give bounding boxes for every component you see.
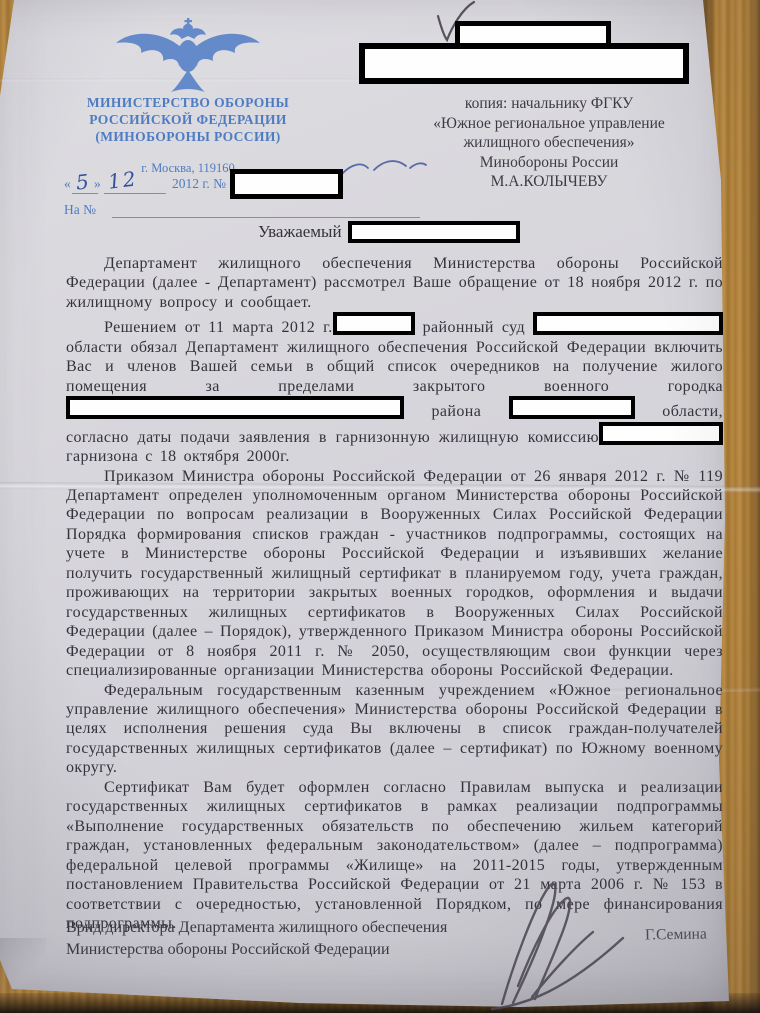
- paragraph: Приказом Министра обороны Российской Фед…: [66, 467, 723, 681]
- redaction-bar: [533, 312, 723, 335]
- recipient-line: М.А.КОЛЫЧЕВУ: [386, 172, 712, 192]
- double-headed-eagle-icon: [113, 18, 263, 94]
- signer-title-line2: Министерства обороны Российской Федераци…: [66, 939, 447, 961]
- reply-ref-label: На №: [64, 202, 96, 217]
- handwritten-month: 12: [107, 166, 139, 193]
- letter-content: МИНИСТЕРСТВО ОБОРОНЫ РОССИЙСКОЙ ФЕДЕРАЦИ…: [0, 0, 760, 1013]
- recipient-line: жилищного обеспечения»: [386, 133, 712, 153]
- org-name-line3: (МИНОБОРОНЫ РОССИИ): [56, 128, 320, 145]
- recipient-line: копия: начальнику ФГКУ: [386, 94, 712, 114]
- letterhead: МИНИСТЕРСТВО ОБОРОНЫ РОССИЙСКОЙ ФЕДЕРАЦИ…: [56, 18, 320, 176]
- redaction-bar: [333, 312, 415, 335]
- reply-ref-line: На №: [64, 202, 444, 218]
- body-paragraphs: Департамент жилищного обеспечения Минист…: [66, 254, 723, 933]
- org-name-line1: МИНИСТЕРСТВО ОБОРОНЫ: [56, 94, 320, 111]
- salutation-text: Уважаемый: [258, 222, 342, 242]
- blank-underline: [112, 217, 420, 218]
- signer-title-line1: Врид директора Департамента жилищного об…: [66, 917, 447, 939]
- redaction-bar-ref-number: [230, 169, 343, 199]
- blank-underline: [72, 193, 98, 194]
- recipient-block: копия: начальнику ФГКУ «Южное региональн…: [386, 94, 712, 192]
- recipient-line: «Южное региональное управление: [386, 114, 712, 134]
- org-name-line2: РОССИЙСКОЙ ФЕДЕРАЦИИ: [56, 111, 320, 128]
- salutation-line: Уважаемый: [258, 220, 520, 244]
- signer-title-block: Врид директора Департамента жилищного об…: [66, 917, 447, 960]
- quote-open: «: [64, 176, 71, 192]
- quote-close: »: [94, 176, 101, 192]
- signer-name: Г.Семина: [645, 925, 707, 944]
- paragraph: Департамент жилищного обеспечения Минист…: [66, 254, 723, 312]
- redaction-bar: [599, 422, 723, 445]
- paragraph: Сертификат Вам будет оформлен согласно П…: [66, 778, 723, 934]
- blank-underline: [104, 193, 166, 194]
- redaction-bar-header-2: [359, 43, 689, 84]
- redaction-bar: [509, 396, 635, 419]
- paragraph: Федеральным государственным казенным учр…: [66, 681, 723, 778]
- recipient-line: Минобороны России: [386, 153, 712, 173]
- year-and-number-label: 2012 г. №: [172, 176, 226, 192]
- paragraph: Решением от 11 марта 2012 г. районный су…: [66, 312, 723, 466]
- redaction-bar: [66, 396, 404, 419]
- redaction-bar-name: [348, 221, 520, 243]
- handwritten-day: 5: [75, 169, 90, 194]
- wooden-background: МИНИСТЕРСТВО ОБОРОНЫ РОССИЙСКОЙ ФЕДЕРАЦИ…: [0, 0, 760, 1013]
